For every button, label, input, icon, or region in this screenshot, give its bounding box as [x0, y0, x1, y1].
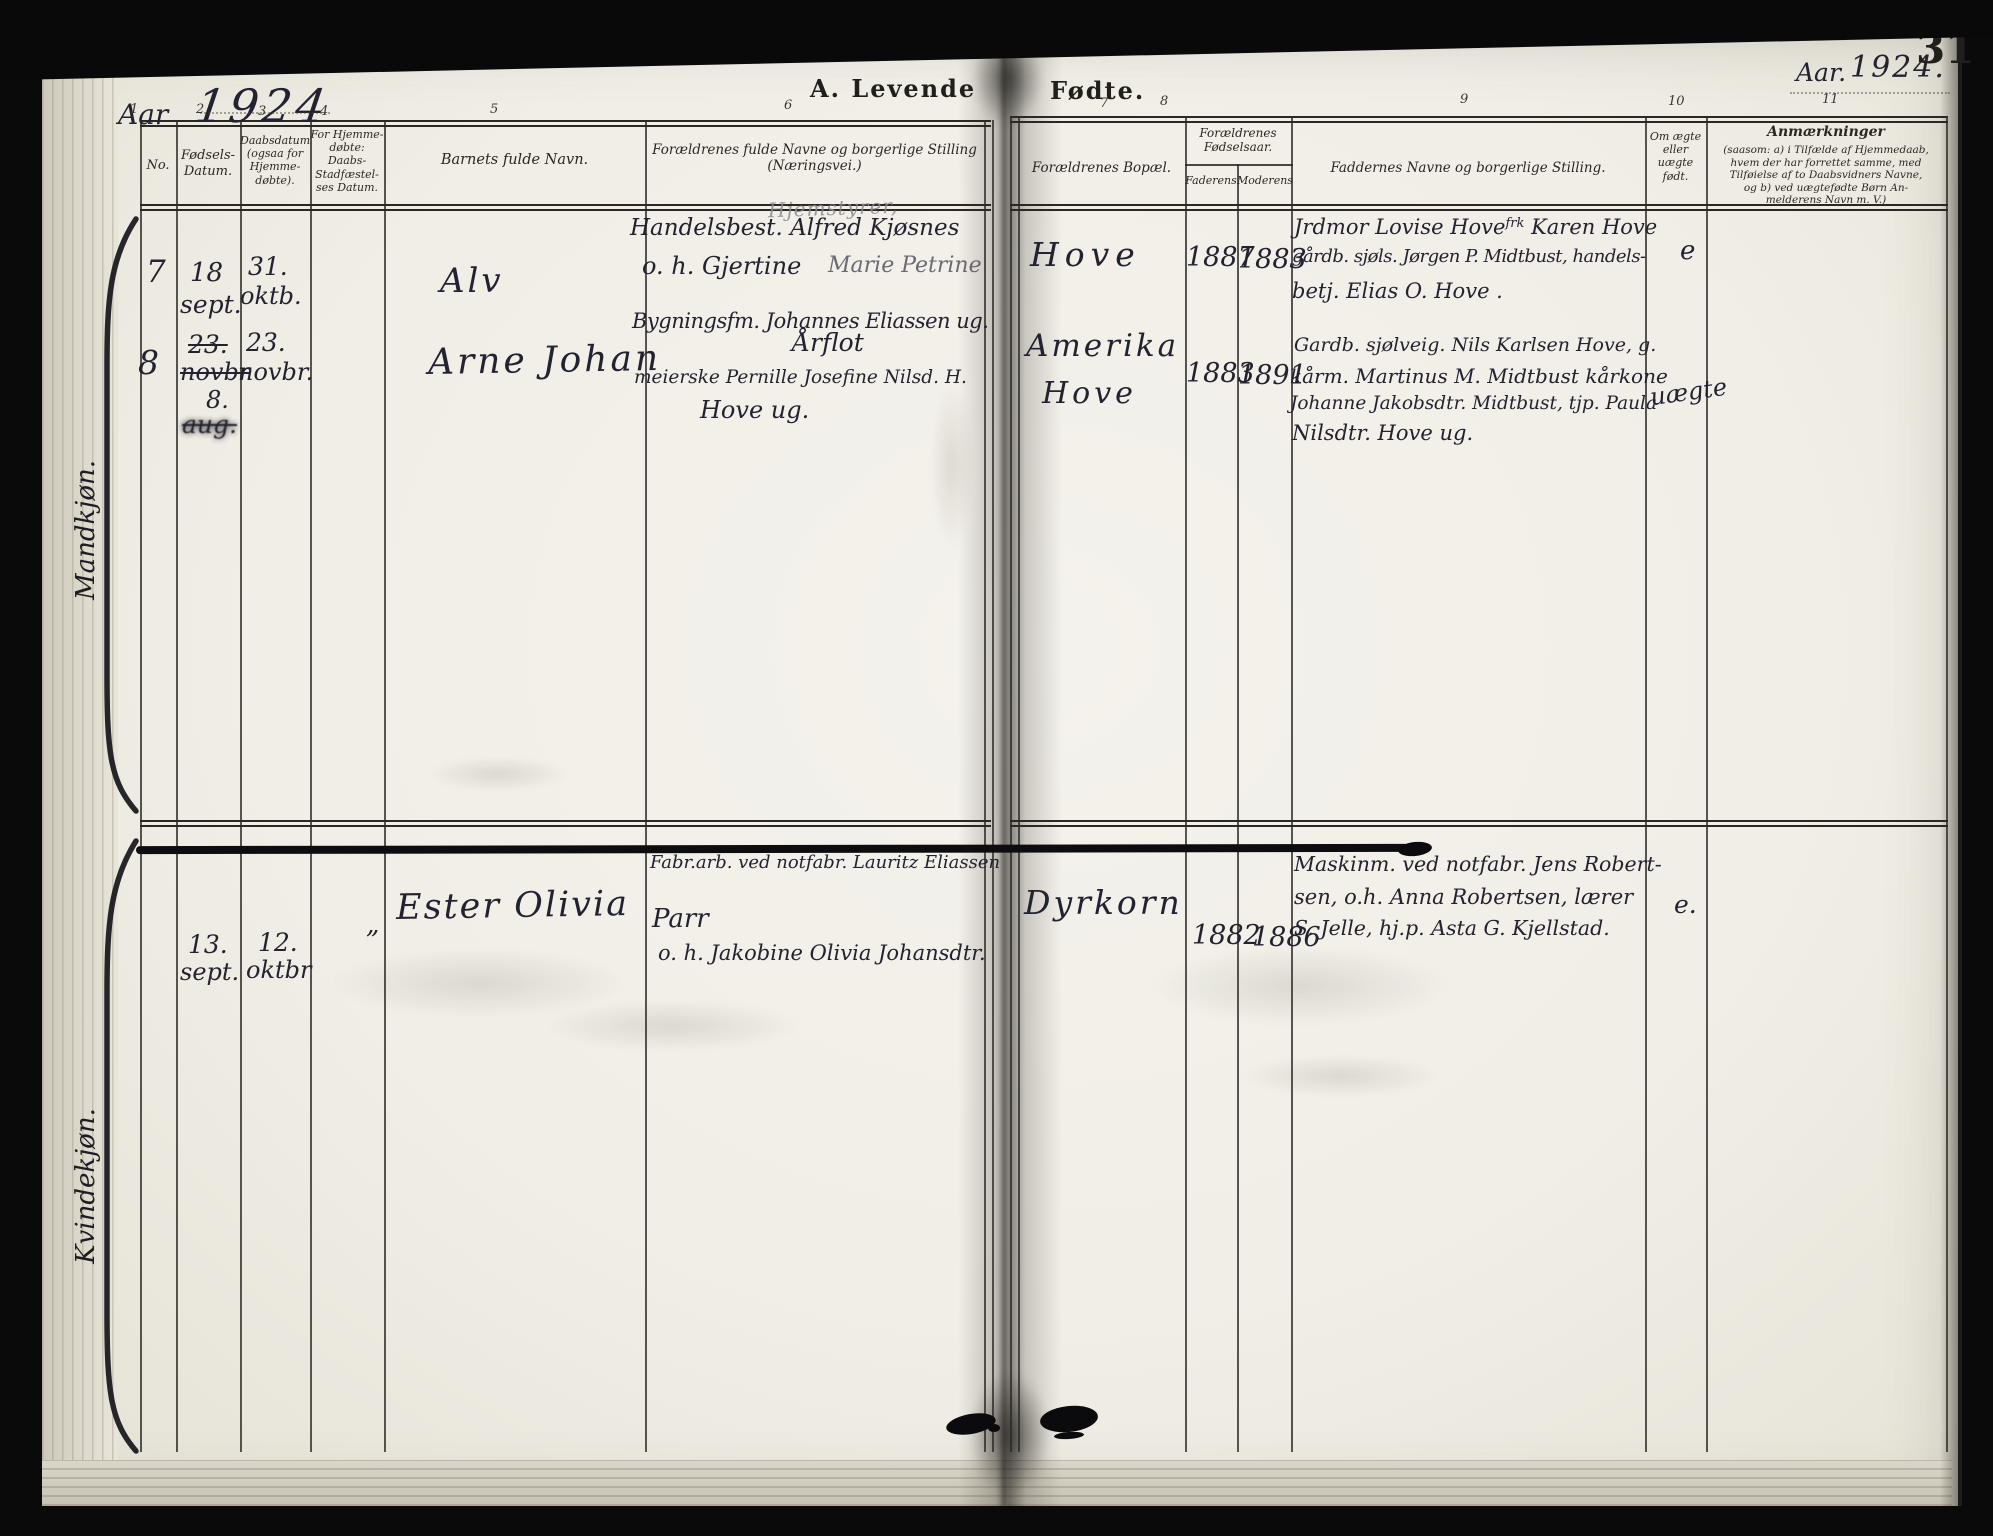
column-number-1: 1	[130, 102, 138, 117]
column-number-10: 10	[1668, 94, 1685, 109]
column-line	[1645, 116, 1647, 1452]
entry7-residence: Hove	[1030, 238, 1141, 273]
entry7-number: 7	[146, 256, 166, 289]
entry8-parents-line4: Hove ug.	[700, 398, 809, 423]
header-residence: Forældrenes Bopæl.	[1018, 160, 1185, 176]
entry9-residence: Dyrkorn	[1024, 886, 1183, 921]
section-divider-rule-right	[1010, 820, 1948, 822]
header-child-name: Barnets fulde Navn.	[384, 152, 645, 169]
page-inner-border	[1010, 116, 1012, 1452]
column-number-2: 2	[196, 102, 204, 117]
entry9-sponsors-line3: S. Jelle, hj.p. Asta G. Kjellstad.	[1294, 918, 1610, 940]
entry9-birth-month: sept.	[180, 960, 239, 985]
page-outer-border	[1946, 116, 1948, 1452]
entry7-sponsors-line1b-text: Karen Hove	[1531, 215, 1657, 239]
entry7-parents-line2: o. h. Gjertine	[642, 254, 801, 279]
entry9-parents-line3: o. h. Jakobine Olivia Johansdtr.	[658, 942, 986, 964]
entry7-baptism-day: 31.	[248, 254, 288, 280]
dotted-baseline	[1790, 92, 1950, 94]
entry9-sponsors-line2: sen, o.h. Anna Robertsen, lærer	[1294, 886, 1633, 908]
header-parents: Forældrenes fulde Navne og borgerlige St…	[645, 142, 984, 174]
birthyear-subrule	[1185, 164, 1293, 166]
showthrough-smudge	[540, 1000, 800, 1052]
year-word-right: Aar.	[1796, 60, 1846, 86]
entry7-child-name: Alv	[440, 264, 504, 300]
header-home-baptism: For Hjemme- døbte: Daabs- Stadfæstel- se…	[310, 128, 384, 194]
entry8-parents-line3: meierske Pernille Josefine Nilsd. H.	[634, 368, 967, 387]
showthrough-smudge	[930, 380, 974, 550]
showthrough-smudge	[1150, 946, 1450, 1026]
entry7-legitimacy-mark: e	[1680, 238, 1695, 265]
column-line	[240, 120, 242, 1452]
book-spine-crease	[1002, 28, 1006, 1506]
entry9-child-name: Ester Olivia	[396, 886, 630, 927]
column-number-3: 3	[258, 104, 266, 119]
column-line	[310, 120, 312, 1452]
page-inner-border	[1018, 116, 1020, 1452]
entry7-birth-month: sept.	[180, 292, 242, 318]
header-no: No.	[140, 158, 176, 174]
entry8-residence-line2: Hove	[1042, 378, 1137, 410]
header-baptism-date: Daabsdatum (ogsaa for Hjemme- døbte).	[240, 134, 310, 187]
entry9-legitimacy-mark: e.	[1674, 892, 1697, 918]
showthrough-smudge	[1240, 1055, 1440, 1097]
entry8-parents-line2: Årflot	[792, 330, 864, 356]
header-father-year: Faderens	[1185, 174, 1237, 187]
entry9-baptism-day: 12.	[258, 930, 298, 956]
column-number-11: 11	[1822, 92, 1839, 107]
entry9-parents-line2: Parr	[652, 906, 709, 933]
column-line	[384, 120, 386, 1452]
entry8-birth-day-struck: 23.	[188, 332, 228, 358]
entry7-parents-line1: Handelsbest. Alfred Kjøsnes	[630, 216, 959, 240]
header-mother-year: Moderens	[1237, 174, 1291, 187]
margin-label-female: Kvindekjøn.	[71, 1108, 101, 1264]
entry9-parents-line1: Fabr.arb. ved notfabr. Lauritz Eliassen	[650, 854, 1000, 873]
margin-label-male: Mandkjøn.	[71, 460, 101, 600]
column-line	[176, 120, 178, 1452]
entry8-sponsors-line4: Nilsdtr. Hove ug.	[1292, 422, 1473, 444]
header-remarks-body: (saasom: a) i Tilfælde af Hjemmedaab, hv…	[1706, 144, 1946, 207]
section-title-right: Fødte.	[1050, 76, 1145, 105]
section-bracket-female	[96, 838, 144, 1454]
entry9-sponsors-line1: Maskinm. ved notfabr. Jens Robert-	[1294, 854, 1662, 876]
entry7-sponsors-line1-text: Jrdmor Lovise Hove	[1294, 215, 1505, 239]
entry8-birth-month-2-struck: aug.	[182, 412, 237, 438]
year-word-left: Aar	[118, 100, 168, 129]
entry7-sponsors-line2: gårdb. sjøls. Jørgen P. Midtbust, handel…	[1292, 248, 1646, 267]
entry7-sponsors-line1-superscript: frk	[1505, 216, 1524, 231]
page-inner-border	[992, 120, 994, 1452]
column-number-9: 9	[1460, 92, 1468, 107]
entry8-sponsors-line3: Johanne Jakobsdtr. Midtbust, tjp. Paula	[1290, 394, 1657, 413]
entry8-number: 8	[138, 346, 159, 381]
entry7-sponsors-line1: Jrdmor Lovise Hovefrk Karen Hove	[1294, 216, 1657, 238]
entry9-birth-day: 13.	[188, 932, 228, 958]
entry8-child-name: Arne Johan	[428, 340, 662, 382]
section-divider-rule-left	[140, 820, 991, 822]
column-line	[1291, 116, 1293, 1452]
header-legitimacy: Om ægte eller uægte født.	[1645, 130, 1706, 183]
ink-blot-left-tail	[988, 1424, 1000, 1432]
showthrough-smudge	[428, 756, 568, 792]
header-top-rule-right	[1010, 116, 1948, 118]
column-number-4: 4	[320, 104, 328, 119]
entry9-baptism-month: oktbr	[246, 958, 311, 983]
entry7-baptism-month: oktb.	[240, 284, 302, 309]
column-number-5: 5	[490, 102, 498, 117]
entry9-ditto-mark: „	[366, 912, 379, 939]
section-title-left: A. Levende	[810, 74, 976, 103]
header-parents-birth-year: Forældrenes Fødselsaar.	[1185, 126, 1291, 155]
header-remarks-title: Anmærkninger	[1706, 124, 1946, 141]
header-sponsors: Faddernes Navne og borgerlige Stilling.	[1291, 160, 1645, 176]
scanned-parish-register: Aar 1924 A. Levende Fødte. Aar. 1924. 31…	[0, 0, 1993, 1536]
entry8-baptism-day: 23.	[246, 330, 286, 356]
column-number-7: 7	[1100, 96, 1108, 111]
entry7-sponsors-line3: betj. Elias O. Hove .	[1292, 280, 1503, 302]
column-line	[1185, 116, 1187, 1452]
header-birth-date: Fødsels- Datum.	[176, 148, 240, 179]
entry9-father-year: 1882	[1192, 922, 1261, 950]
column-number-8: 8	[1160, 94, 1168, 109]
entry7-birth-day: 18	[190, 260, 223, 287]
entry7-parents-line2-pencil: Marie Petrine	[828, 254, 982, 277]
entry8-sponsors-line1: Gardb. sjølveig. Nils Karlsen Hove, g.	[1294, 336, 1656, 356]
entry8-baptism-month: novbr.	[238, 360, 313, 385]
column-number-6: 6	[784, 98, 792, 113]
entry8-residence-line1: Amerika	[1026, 330, 1179, 363]
column-line	[1706, 116, 1708, 1452]
entry8-sponsors-line2: kårm. Martinus M. Midtbust kårkone	[1290, 366, 1668, 387]
page-edge-right	[1940, 28, 1962, 1506]
section-bracket-male	[96, 216, 144, 814]
